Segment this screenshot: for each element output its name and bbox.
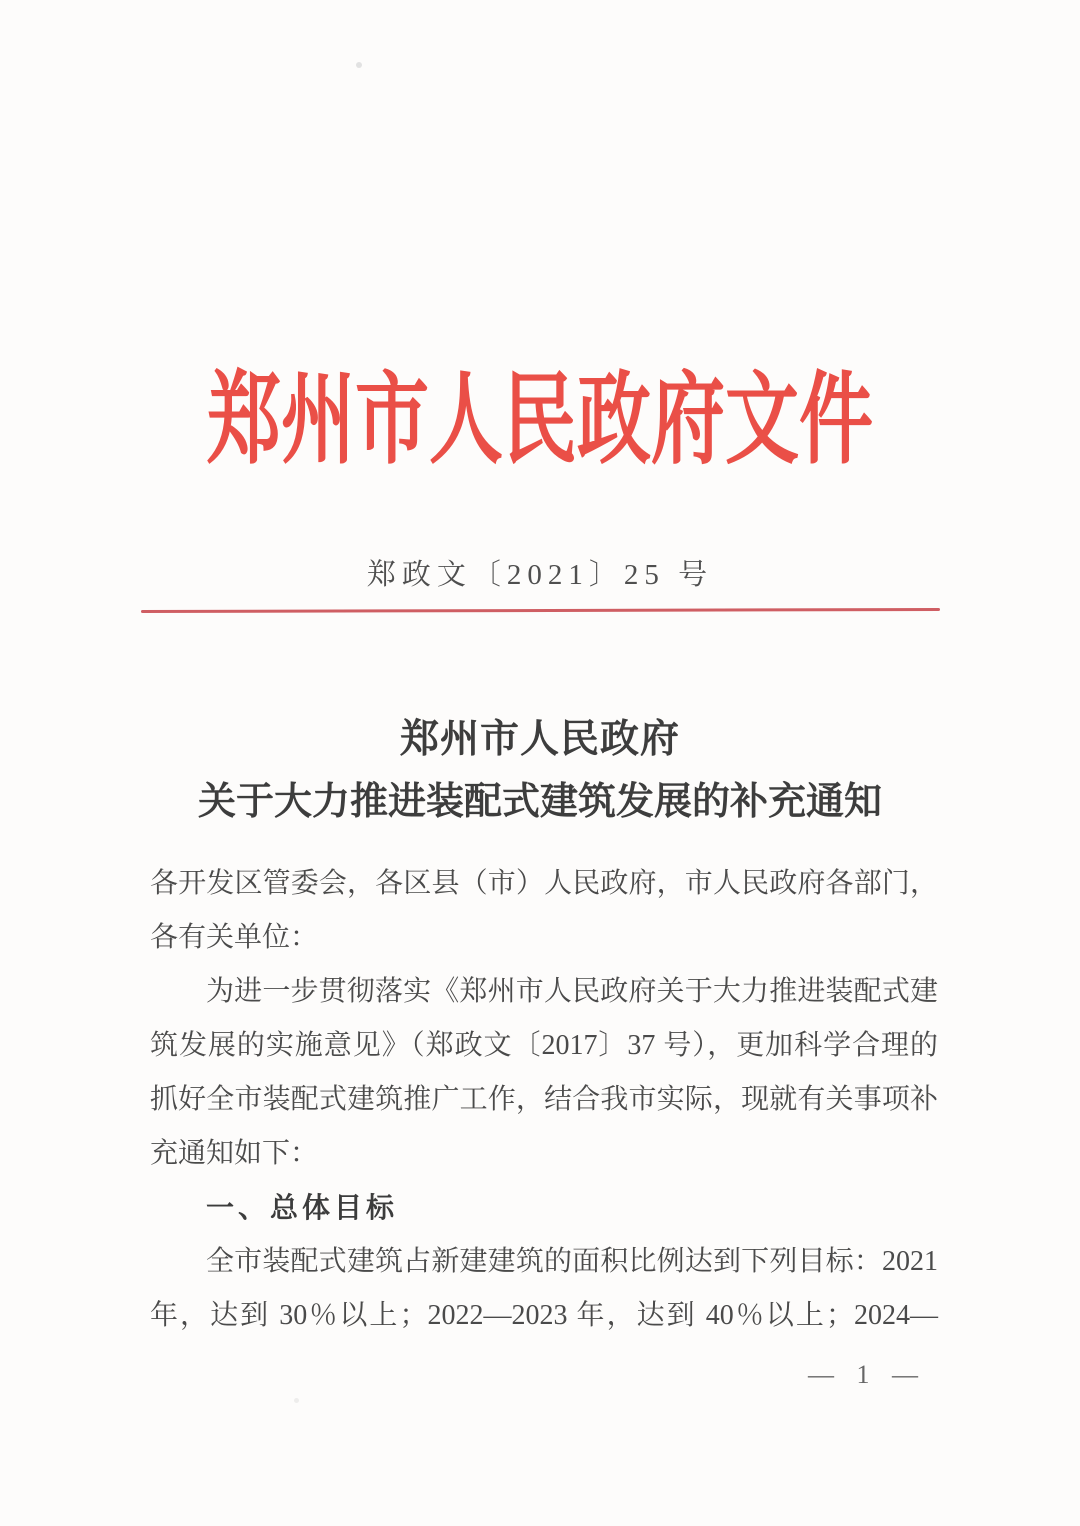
scan-artifact-speck (294, 1398, 299, 1403)
document-reference-number: 郑政文〔2021〕25 号 (0, 558, 1080, 592)
body-line-paragraph1-1: 为进一步贯彻落实《郑州市人民政府关于大力推进装配式建 (150, 965, 938, 1019)
page-number: — 1 — (808, 1360, 921, 1390)
scan-artifact-speck (356, 62, 362, 68)
government-masthead-title: 郑州市人民政府文件 (140, 370, 939, 472)
body-line-salutation-2: 各有关单位： (150, 911, 938, 965)
body-line-paragraph2-1: 全市装配式建筑占新建建筑的面积比例达到下列目标：2021 (150, 1235, 938, 1289)
scanned-document-page: 郑州市人民政府文件 郑政文〔2021〕25 号 郑州市人民政府 关于大力推进装配… (0, 0, 1080, 1526)
body-line-paragraph1-3: 抓好全市装配式建筑推广工作，结合我市实际，现就有关事项补 (150, 1073, 938, 1127)
body-line-paragraph2-2: 年，达到 30％以上；2022—2023 年，达到 40％以上；2024— (150, 1289, 938, 1343)
document-title-line1: 郑州市人民政府 (0, 717, 1080, 763)
body-line-salutation-1: 各开发区管委会，各区县（市）人民政府，市人民政府各部门， (150, 857, 938, 911)
document-body: 各开发区管委会，各区县（市）人民政府，市人民政府各部门， 各有关单位： 为进一步… (150, 857, 938, 1343)
red-divider-rule (141, 608, 940, 613)
body-line-paragraph1-4: 充通知如下： (150, 1127, 938, 1181)
section-heading-overall-goals: 一、总体目标 (150, 1181, 938, 1235)
body-line-paragraph1-2: 筑发展的实施意见》（郑政文〔2017〕37 号），更加科学合理的 (150, 1019, 938, 1073)
document-title-line2: 关于大力推进装配式建筑发展的补充通知 (0, 779, 1080, 825)
